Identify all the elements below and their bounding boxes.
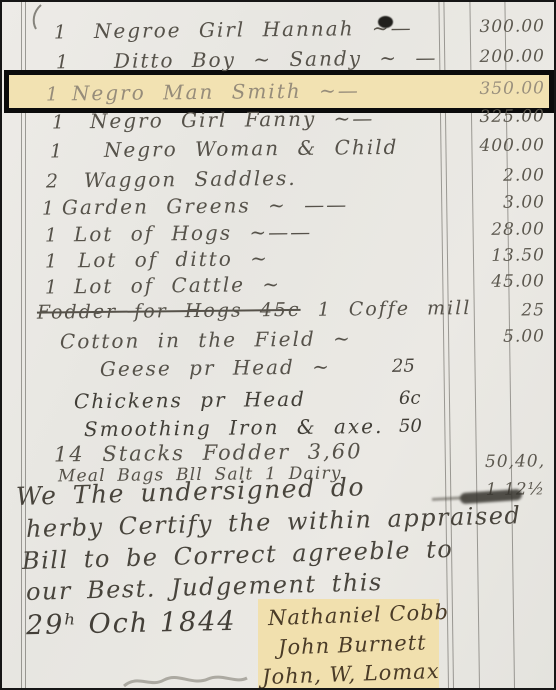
row-amount: 400.00 bbox=[457, 135, 545, 156]
row-amount: 25 bbox=[457, 300, 545, 321]
row-description: Ditto Boy ~ Sandy ~ — bbox=[114, 45, 438, 72]
row-quantity: 1 bbox=[45, 250, 57, 272]
row-description: Negro Woman & Child bbox=[104, 135, 399, 162]
row-quantity: 2 bbox=[46, 170, 58, 192]
inline-amount: 50 bbox=[399, 416, 422, 437]
row-amount: 2.00 bbox=[457, 165, 545, 186]
row-quantity: 1 bbox=[56, 51, 68, 73]
row-quantity: 1 bbox=[45, 276, 57, 298]
row-description: Negroe Girl Hannah ~— bbox=[94, 16, 413, 43]
row-amount: 5.00 bbox=[457, 326, 545, 347]
row-amount: 3.00 bbox=[457, 192, 545, 213]
row-description: Geese pr Head ~ bbox=[100, 355, 331, 381]
scanned-document-page: 1 Negroe Girl Hannah ~— 300.00 1 Ditto B… bbox=[0, 0, 556, 690]
row-amount: 300.00 bbox=[457, 16, 545, 37]
row-description: Negro Girl Fanny ~— bbox=[90, 106, 375, 133]
cutoff-text-fragment bbox=[120, 670, 250, 690]
row-description: Fodder for Hogs 45c 1 Coffe mill bbox=[37, 297, 472, 324]
row-amount: 45.00 bbox=[457, 271, 545, 292]
row-amount: 325.00 bbox=[457, 106, 545, 127]
row-description: Smoothing Iron & axe. bbox=[84, 414, 384, 441]
row-description: Chickens pr Head bbox=[74, 387, 306, 413]
row-description: Lot of Cattle ~ bbox=[74, 272, 281, 298]
struck-text: Fodder for Hogs 45c bbox=[37, 299, 301, 324]
inline-amount: 25 bbox=[392, 356, 415, 377]
row-amount: 28.00 bbox=[457, 219, 545, 240]
row-description: Cotton in the Field ~ bbox=[60, 326, 352, 353]
row-description: Lot of ditto ~ bbox=[78, 246, 269, 272]
row-amount: 200.00 bbox=[457, 46, 545, 67]
ledger-row: 1 Ditto Boy ~ Sandy ~ — 200.00 bbox=[2, 44, 556, 80]
date-line: 29ʰ Och 1844 bbox=[26, 606, 237, 641]
row-description: 14 Stacks Fodder 3,60 bbox=[54, 439, 363, 466]
row-description: Lot of Hogs ~—— bbox=[74, 220, 312, 246]
row-quantity: 1 bbox=[50, 140, 62, 162]
row-description: Garden Greens ~ —— bbox=[62, 192, 348, 219]
unstruck-text: 1 Coffe mill bbox=[300, 297, 471, 321]
row-quantity: 1 bbox=[42, 197, 54, 219]
row-quantity: 1 bbox=[54, 21, 66, 43]
ledger-row: Geese pr Head ~ 25 bbox=[2, 352, 556, 388]
row-amount: 13.50 bbox=[457, 245, 545, 266]
row-quantity: 1 bbox=[46, 83, 58, 105]
row-quantity: 1 bbox=[45, 224, 57, 246]
row-quantity: 1 bbox=[52, 111, 64, 133]
row-description: Waggon Saddles. bbox=[84, 166, 297, 192]
row-amount: 350.00 bbox=[457, 78, 545, 99]
inline-amount: 6c bbox=[399, 388, 421, 409]
ink-blot bbox=[378, 16, 393, 28]
row-description: Negro Man Smith ~— bbox=[72, 78, 360, 105]
